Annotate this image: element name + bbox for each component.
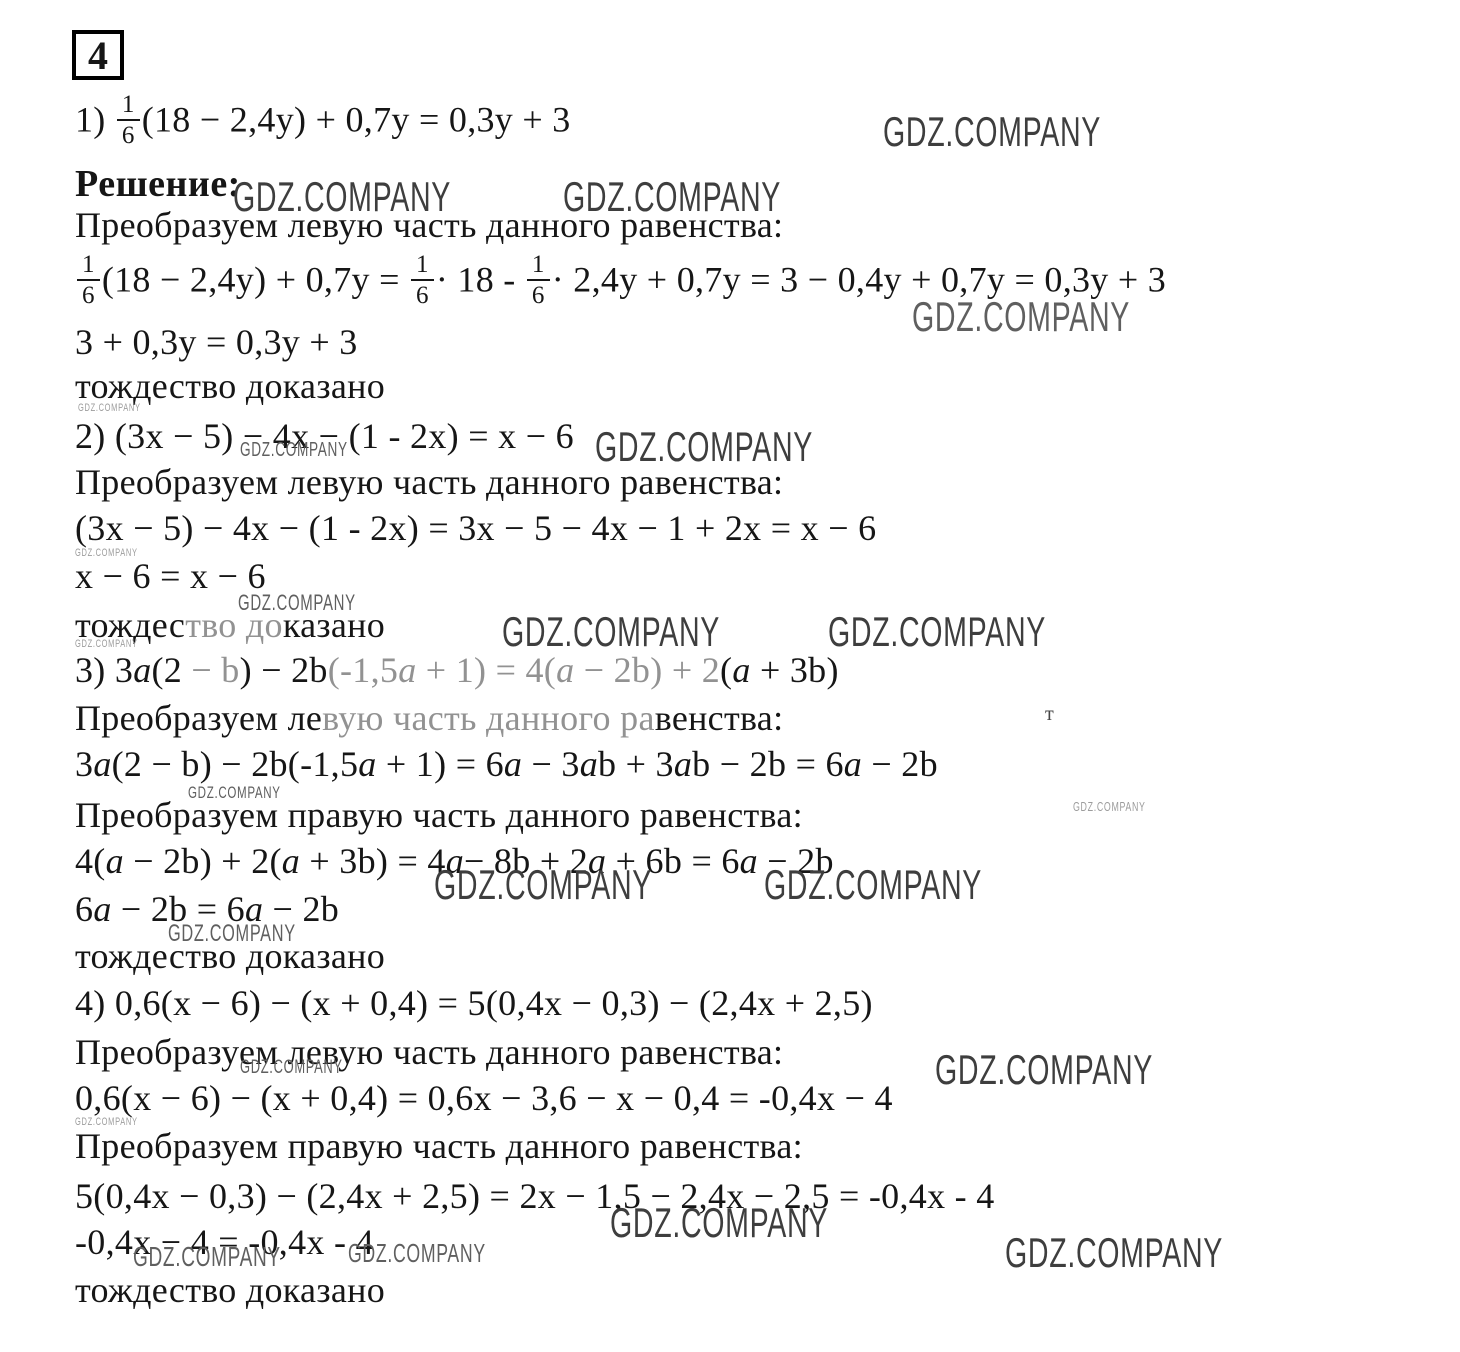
text-segment: 4) 0,6(x − 6) − (x + 0,4) = 5(0,4x − 0,3… [75, 983, 873, 1023]
text-segment: 4( [75, 841, 106, 881]
text-line: Преобразуем левую часть данного равенств… [75, 698, 783, 739]
text-segment: 3) 3 [75, 650, 133, 690]
watermark: GDZ.COMPANY [240, 1058, 343, 1079]
text-segment: ) = 4( [474, 650, 556, 690]
task-number: 4 [88, 32, 108, 79]
fraction: 16 [117, 91, 140, 149]
text-line: тождество доказано [75, 1270, 385, 1311]
math-line: 3a(2 − b) − 2b(-1,5a + 1) = 6a − 3ab + 3… [75, 744, 938, 785]
watermark: GDZ.COMPANY [168, 921, 296, 947]
text-segment: Решение: [75, 163, 241, 205]
text-line: Преобразуем левую часть данного равенств… [75, 1032, 783, 1073]
text-segment: a [133, 650, 151, 690]
text-segment: венства: [655, 698, 784, 738]
fraction-numerator: 1 [411, 251, 434, 281]
text-segment: + 3b) = 4 [300, 841, 446, 881]
text-segment: − 2b) + 2( [124, 841, 282, 881]
text-segment: + 1) = 6 [377, 744, 504, 784]
watermark: GDZ.COMPANY [348, 1239, 486, 1268]
text-segment: + 3b) [751, 650, 839, 690]
text-segment: a [93, 889, 111, 929]
math-line: 0,6(x − 6) − (x + 0,4) = 0,6x − 3,6 − x … [75, 1078, 893, 1119]
text-segment: вую часть данного ра [322, 698, 655, 738]
watermark: GDZ.COMPANY [434, 862, 652, 908]
math-line: 4) 0,6(x − 6) − (x + 0,4) = 5(0,4x − 0,3… [75, 983, 873, 1024]
text-segment: Преобразуем правую часть данного равенст… [75, 1126, 803, 1166]
watermark: GDZ.COMPANY [764, 862, 982, 908]
fraction-numerator: 1 [117, 91, 140, 121]
watermark: GDZ.COMPANY [912, 294, 1130, 340]
fraction-denominator: 6 [82, 281, 95, 309]
text-segment: − 3 [522, 744, 580, 784]
watermark: GDZ.COMPANY [188, 784, 281, 803]
fraction-denominator: 6 [416, 281, 429, 309]
text-segment: 1) [75, 99, 115, 139]
text-segment: a [106, 841, 124, 881]
watermark: GDZ.COMPANY [935, 1047, 1153, 1093]
text-segment: Преобразуем ле [75, 698, 322, 738]
text-segment: b + 3 [598, 744, 674, 784]
text-segment: (18 − 2,4y) + 0,7y = [102, 259, 409, 299]
watermark: GDZ.COMPANY [75, 1116, 138, 1128]
text-segment: тождество доказано [75, 1270, 385, 1310]
watermark: GDZ.COMPANY [1073, 800, 1146, 814]
stray-glyph: т [1045, 703, 1055, 725]
text-segment: a [556, 650, 574, 690]
text-segment: ) + 2 [650, 650, 720, 690]
text-segment: тождество доказано [75, 366, 385, 406]
watermark: GDZ.COMPANY [502, 609, 720, 655]
watermark: GDZ.COMPANY [133, 1242, 281, 1273]
math-line: 5(0,4x − 0,3) − (2,4x + 2,5) = 2x − 1,5 … [75, 1176, 995, 1217]
text-segment: a [398, 650, 416, 690]
watermark: GDZ.COMPANY [828, 609, 1046, 655]
text-segment: 5(0,4x − 0,3) − (2,4x + 2,5) = 2x − 1,5 … [75, 1176, 995, 1216]
text-segment: 3 [75, 744, 93, 784]
text-segment: 0,6(x − 6) − (x + 0,4) = 0,6x − 3,6 − x … [75, 1078, 893, 1118]
fraction-denominator: 6 [122, 121, 135, 149]
text-segment: a [93, 744, 111, 784]
math-line: 1) 16(18 − 2,4y) + 0,7y = 0,3y + 3 [75, 94, 571, 152]
text-segment: − 2b [574, 650, 650, 690]
fraction-denominator: 6 [532, 281, 545, 309]
watermark: GDZ.COMPANY [238, 591, 356, 615]
watermark: GDZ.COMPANY [78, 402, 141, 414]
fraction-numerator: 1 [77, 251, 100, 281]
text-segment: + 1 [417, 650, 475, 690]
text-segment: 3 + 0,3y = 0,3y + 3 [75, 322, 358, 362]
solution-page: 4 1) 16(18 − 2,4y) + 0,7y = 0,3y + 3Реше… [0, 0, 1460, 1352]
text-segment: a [740, 841, 758, 881]
text-segment: a [732, 650, 750, 690]
text-segment: Преобразуем правую часть данного равенст… [75, 795, 803, 835]
watermark: GDZ.COMPANY [233, 174, 451, 220]
watermark: GDZ.COMPANY [75, 638, 138, 650]
watermark: GDZ.COMPANY [595, 424, 813, 470]
text-segment: a [358, 744, 376, 784]
text-segment: 6 [75, 889, 93, 929]
math-line: (3x − 5) − 4x − (1 - 2x) = 3x − 5 − 4x −… [75, 508, 876, 549]
text-segment: Преобразуем левую часть данного равенств… [75, 1032, 783, 1072]
text-line: Преобразуем правую часть данного равенст… [75, 795, 803, 836]
math-line: 3) 3a(2 − b) − 2b(-1,5a + 1) = 4(a − 2b)… [75, 650, 839, 691]
text-segment: (18 − 2,4y) + 0,7y = 0,3y + 3 [142, 99, 571, 139]
task-number-box: 4 [72, 30, 124, 80]
text-segment: (2 − b) − 2b(-1,5 [112, 744, 359, 784]
watermark: GDZ.COMPANY [883, 109, 1101, 155]
text-segment: − 2b [862, 744, 938, 784]
text-segment: a [844, 744, 862, 784]
text-segment: a [504, 744, 522, 784]
watermark: GDZ.COMPANY [563, 174, 781, 220]
math-line: 3 + 0,3y = 0,3y + 3 [75, 322, 358, 363]
text-segment: a [580, 744, 598, 784]
fraction-numerator: 1 [527, 251, 550, 281]
fraction: 16 [411, 251, 434, 309]
text-segment: · 18 - [436, 259, 525, 299]
watermark: GDZ.COMPANY [240, 439, 348, 461]
text-segment: (3x − 5) − 4x − (1 - 2x) = 3x − 5 − 4x −… [75, 508, 876, 548]
watermark: GDZ.COMPANY [610, 1200, 828, 1246]
text-segment: ) − 2b [240, 650, 328, 690]
section-heading: Решение: [75, 163, 241, 207]
text-segment: ( [720, 650, 732, 690]
watermark: GDZ.COMPANY [75, 547, 138, 559]
text-segment: a [282, 841, 300, 881]
text-segment: b − 2b = 6 [692, 744, 844, 784]
text-segment: (-1,5 [328, 650, 398, 690]
text-segment: − b [191, 650, 239, 690]
fraction: 16 [77, 251, 100, 309]
text-segment: a [674, 744, 692, 784]
text-line: Преобразуем правую часть данного равенст… [75, 1126, 803, 1167]
watermark: GDZ.COMPANY [1005, 1230, 1223, 1276]
text-segment: (2 [152, 650, 192, 690]
fraction: 16 [527, 251, 550, 309]
